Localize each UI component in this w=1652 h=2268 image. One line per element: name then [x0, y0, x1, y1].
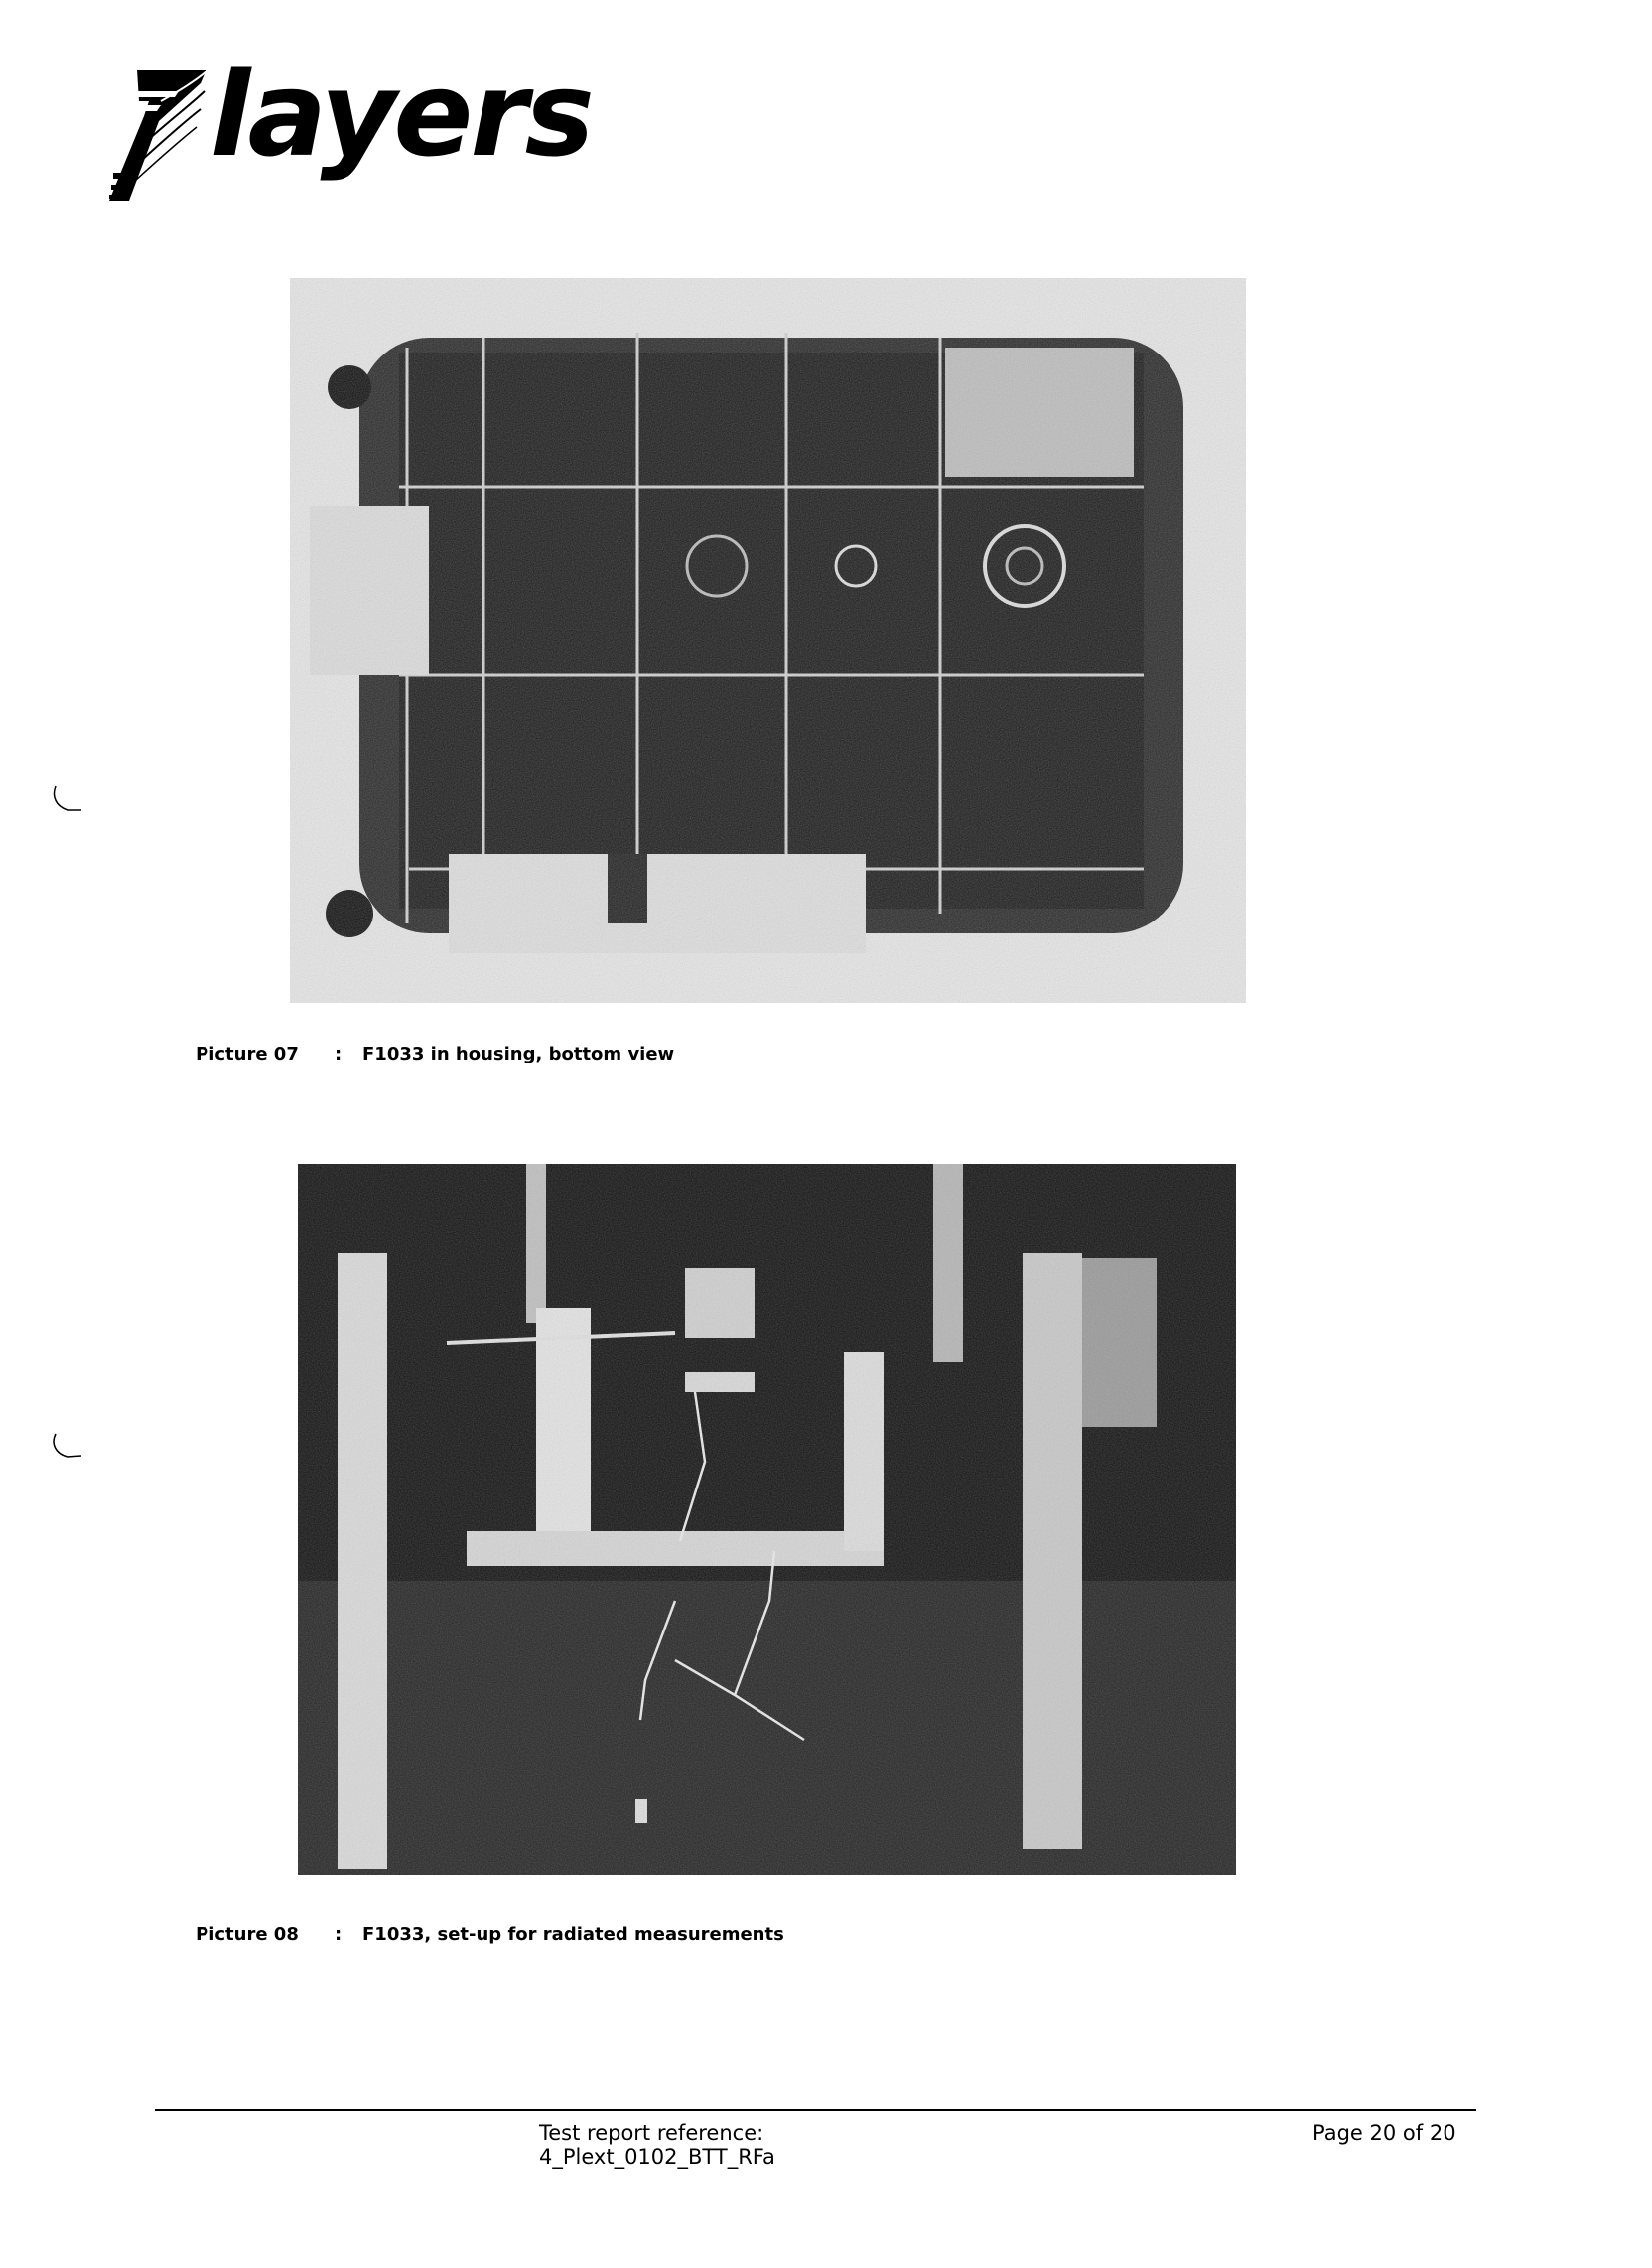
footer-divider	[155, 2109, 1476, 2111]
caption-separator: :	[335, 1924, 362, 1945]
punch-hole-mark-icon	[48, 784, 87, 824]
picture-08-photo	[298, 1164, 1236, 1875]
reference-value: 4_Plext_0102_BTT_RFa	[539, 2145, 775, 2169]
picture-08-label: Picture 08	[196, 1924, 335, 1945]
page-number: Page 20 of 20	[1312, 2121, 1456, 2145]
footer-reference: Test report reference: 4_Plext_0102_BTT_…	[539, 2121, 775, 2169]
company-logo: layers	[99, 62, 556, 211]
picture-08-caption: Picture 08:F1033, set-up for radiated me…	[196, 1924, 784, 1945]
logo-wordmark: layers	[210, 56, 592, 173]
picture-08-caption-text: F1033, set-up for radiated measurements	[362, 1924, 784, 1945]
reference-label: Test report reference:	[539, 2121, 775, 2145]
picture-07-photo	[290, 278, 1246, 1003]
caption-separator: :	[335, 1044, 362, 1064]
picture-07-label: Picture 07	[196, 1044, 335, 1064]
punch-hole-mark-icon	[48, 1428, 87, 1468]
picture-07-caption-text: F1033 in housing, bottom view	[362, 1044, 674, 1064]
picture-07-caption: Picture 07:F1033 in housing, bottom view	[196, 1044, 674, 1064]
seven-layers-mark-icon	[99, 62, 218, 211]
